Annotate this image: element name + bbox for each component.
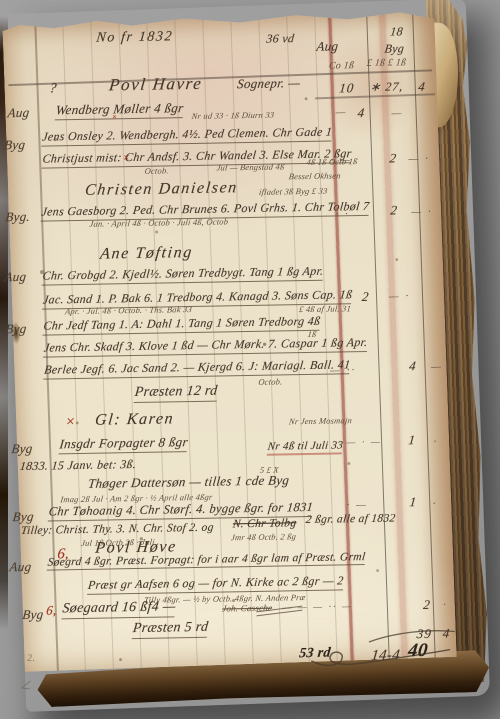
value-dash: · · bbox=[335, 208, 351, 220]
value: 2 bbox=[422, 597, 431, 613]
interlinear-note: £ 4ß af Jul. 31 bbox=[299, 303, 352, 314]
column-header-aug: Aug bbox=[316, 38, 340, 54]
interlinear-note: Bessel Okhsen bbox=[288, 170, 341, 181]
value-dash: — · bbox=[408, 153, 431, 165]
value: 4 bbox=[417, 79, 426, 95]
value: 4 bbox=[357, 105, 366, 121]
entry-text: Præsten 12 rd bbox=[134, 384, 219, 403]
entry-text: 2 ßgr. alle af 1832 bbox=[305, 512, 396, 526]
value: 2 bbox=[390, 202, 399, 218]
total-value: 4 bbox=[442, 626, 451, 642]
section-heading: Gl: Karen bbox=[94, 410, 175, 429]
red-mark: × bbox=[111, 112, 118, 121]
margin-crop-label: Aug bbox=[7, 105, 31, 121]
margin-crop-label: Byg. bbox=[5, 209, 31, 225]
entry-text: 1833. 15 Janv. bet: 3ß. bbox=[19, 457, 137, 474]
margin-crop-label: Byg bbox=[11, 441, 34, 457]
column-header-byg: Byg bbox=[384, 41, 405, 56]
red-mark: × bbox=[64, 414, 76, 431]
total-sum: 53 rd bbox=[298, 646, 331, 663]
interlinear-note: Jul — Bengstad 4ß bbox=[216, 161, 285, 172]
interlinear-note: Jmr 4ß Octb. 2 ßg bbox=[231, 531, 297, 542]
entry-text: Nr 4ß til Juli 33 bbox=[267, 439, 344, 455]
entry-text: Insgdr Forpagter 8 ßgr bbox=[59, 434, 189, 454]
entry-text: Præsten 5 rd bbox=[132, 620, 209, 639]
year-heading: No fr 1832 bbox=[96, 29, 174, 46]
value: 1 bbox=[409, 494, 418, 510]
margin-crop-label: Aug bbox=[9, 559, 33, 575]
red-mark: × bbox=[122, 152, 131, 164]
margin-crop-label: Byg bbox=[5, 321, 28, 337]
entry-text: Sognepr. — bbox=[236, 75, 301, 92]
interlinear-note: Octob. bbox=[144, 165, 169, 175]
red-mark: 6, bbox=[46, 602, 58, 618]
interlinear-note: Nr Jens Mosmajn bbox=[289, 415, 353, 426]
interlinear-note: ifladet 3ß Byg £ 33 bbox=[259, 186, 329, 197]
value-dash: — · bbox=[388, 290, 411, 302]
section-heading: Ane Tøfting bbox=[99, 244, 194, 264]
value-dash: — — — ·· — bbox=[282, 601, 354, 613]
value: 2 bbox=[361, 289, 370, 305]
value-dash: — bbox=[391, 107, 404, 119]
column-header-18: 18 bbox=[390, 24, 404, 39]
interlinear-note: Octob. bbox=[258, 376, 283, 386]
value: 4 bbox=[408, 358, 417, 374]
value-dash: · — bbox=[330, 154, 353, 166]
carryover-note: 36 vd bbox=[266, 31, 295, 47]
entry-text: Søegaard 16 ßf4 — bbox=[61, 599, 176, 619]
value-dash: — ·· bbox=[330, 364, 357, 376]
section-heading: Povl Havre bbox=[108, 74, 203, 96]
value-dash: · — · — bbox=[337, 437, 382, 449]
value-dash: — · bbox=[411, 206, 434, 218]
photo-of-ledger-page: No fr 183236 vdAug18BygCo 1ß£ 1ß £ 1ß?Po… bbox=[0, 0, 500, 719]
interlinear-note: Nr ud 33 · 1ß Diurn 33 bbox=[191, 110, 275, 121]
section-heading: Christen Danielsen bbox=[84, 179, 239, 200]
value-dash: — bbox=[335, 106, 348, 118]
handwriting-layer: No fr 183236 vdAug18BygCo 1ß£ 1ß £ 1ß?Po… bbox=[0, 0, 500, 719]
margin-crop-label: Byg bbox=[22, 607, 45, 623]
value: 10 bbox=[338, 80, 355, 96]
entry-text: Wendberg Møller 4 ßgr bbox=[55, 100, 185, 120]
interlinear-note: Joh. Cassche bbox=[222, 603, 273, 614]
value: ∗ 27, bbox=[369, 79, 404, 95]
margin-crop-label: Byg bbox=[12, 509, 35, 525]
margin-crop-label: Byg bbox=[3, 137, 26, 153]
value-dash: · — bbox=[346, 499, 369, 511]
value: 2 bbox=[389, 150, 398, 166]
total-sum-corrected: 40 bbox=[407, 640, 429, 662]
column-unit-note: Co 1ß bbox=[328, 60, 354, 71]
pencil-note: 2. bbox=[27, 653, 36, 664]
column-unit-note: £ 1ß £ 1ß bbox=[366, 57, 406, 69]
total-sum: 14-4 bbox=[370, 647, 400, 665]
value-dash: — bbox=[431, 361, 444, 373]
value: 1 bbox=[408, 432, 417, 448]
entry-text-struck: N. Chr Tolbg bbox=[232, 517, 297, 530]
margin-crop-label: Aug bbox=[4, 269, 28, 285]
